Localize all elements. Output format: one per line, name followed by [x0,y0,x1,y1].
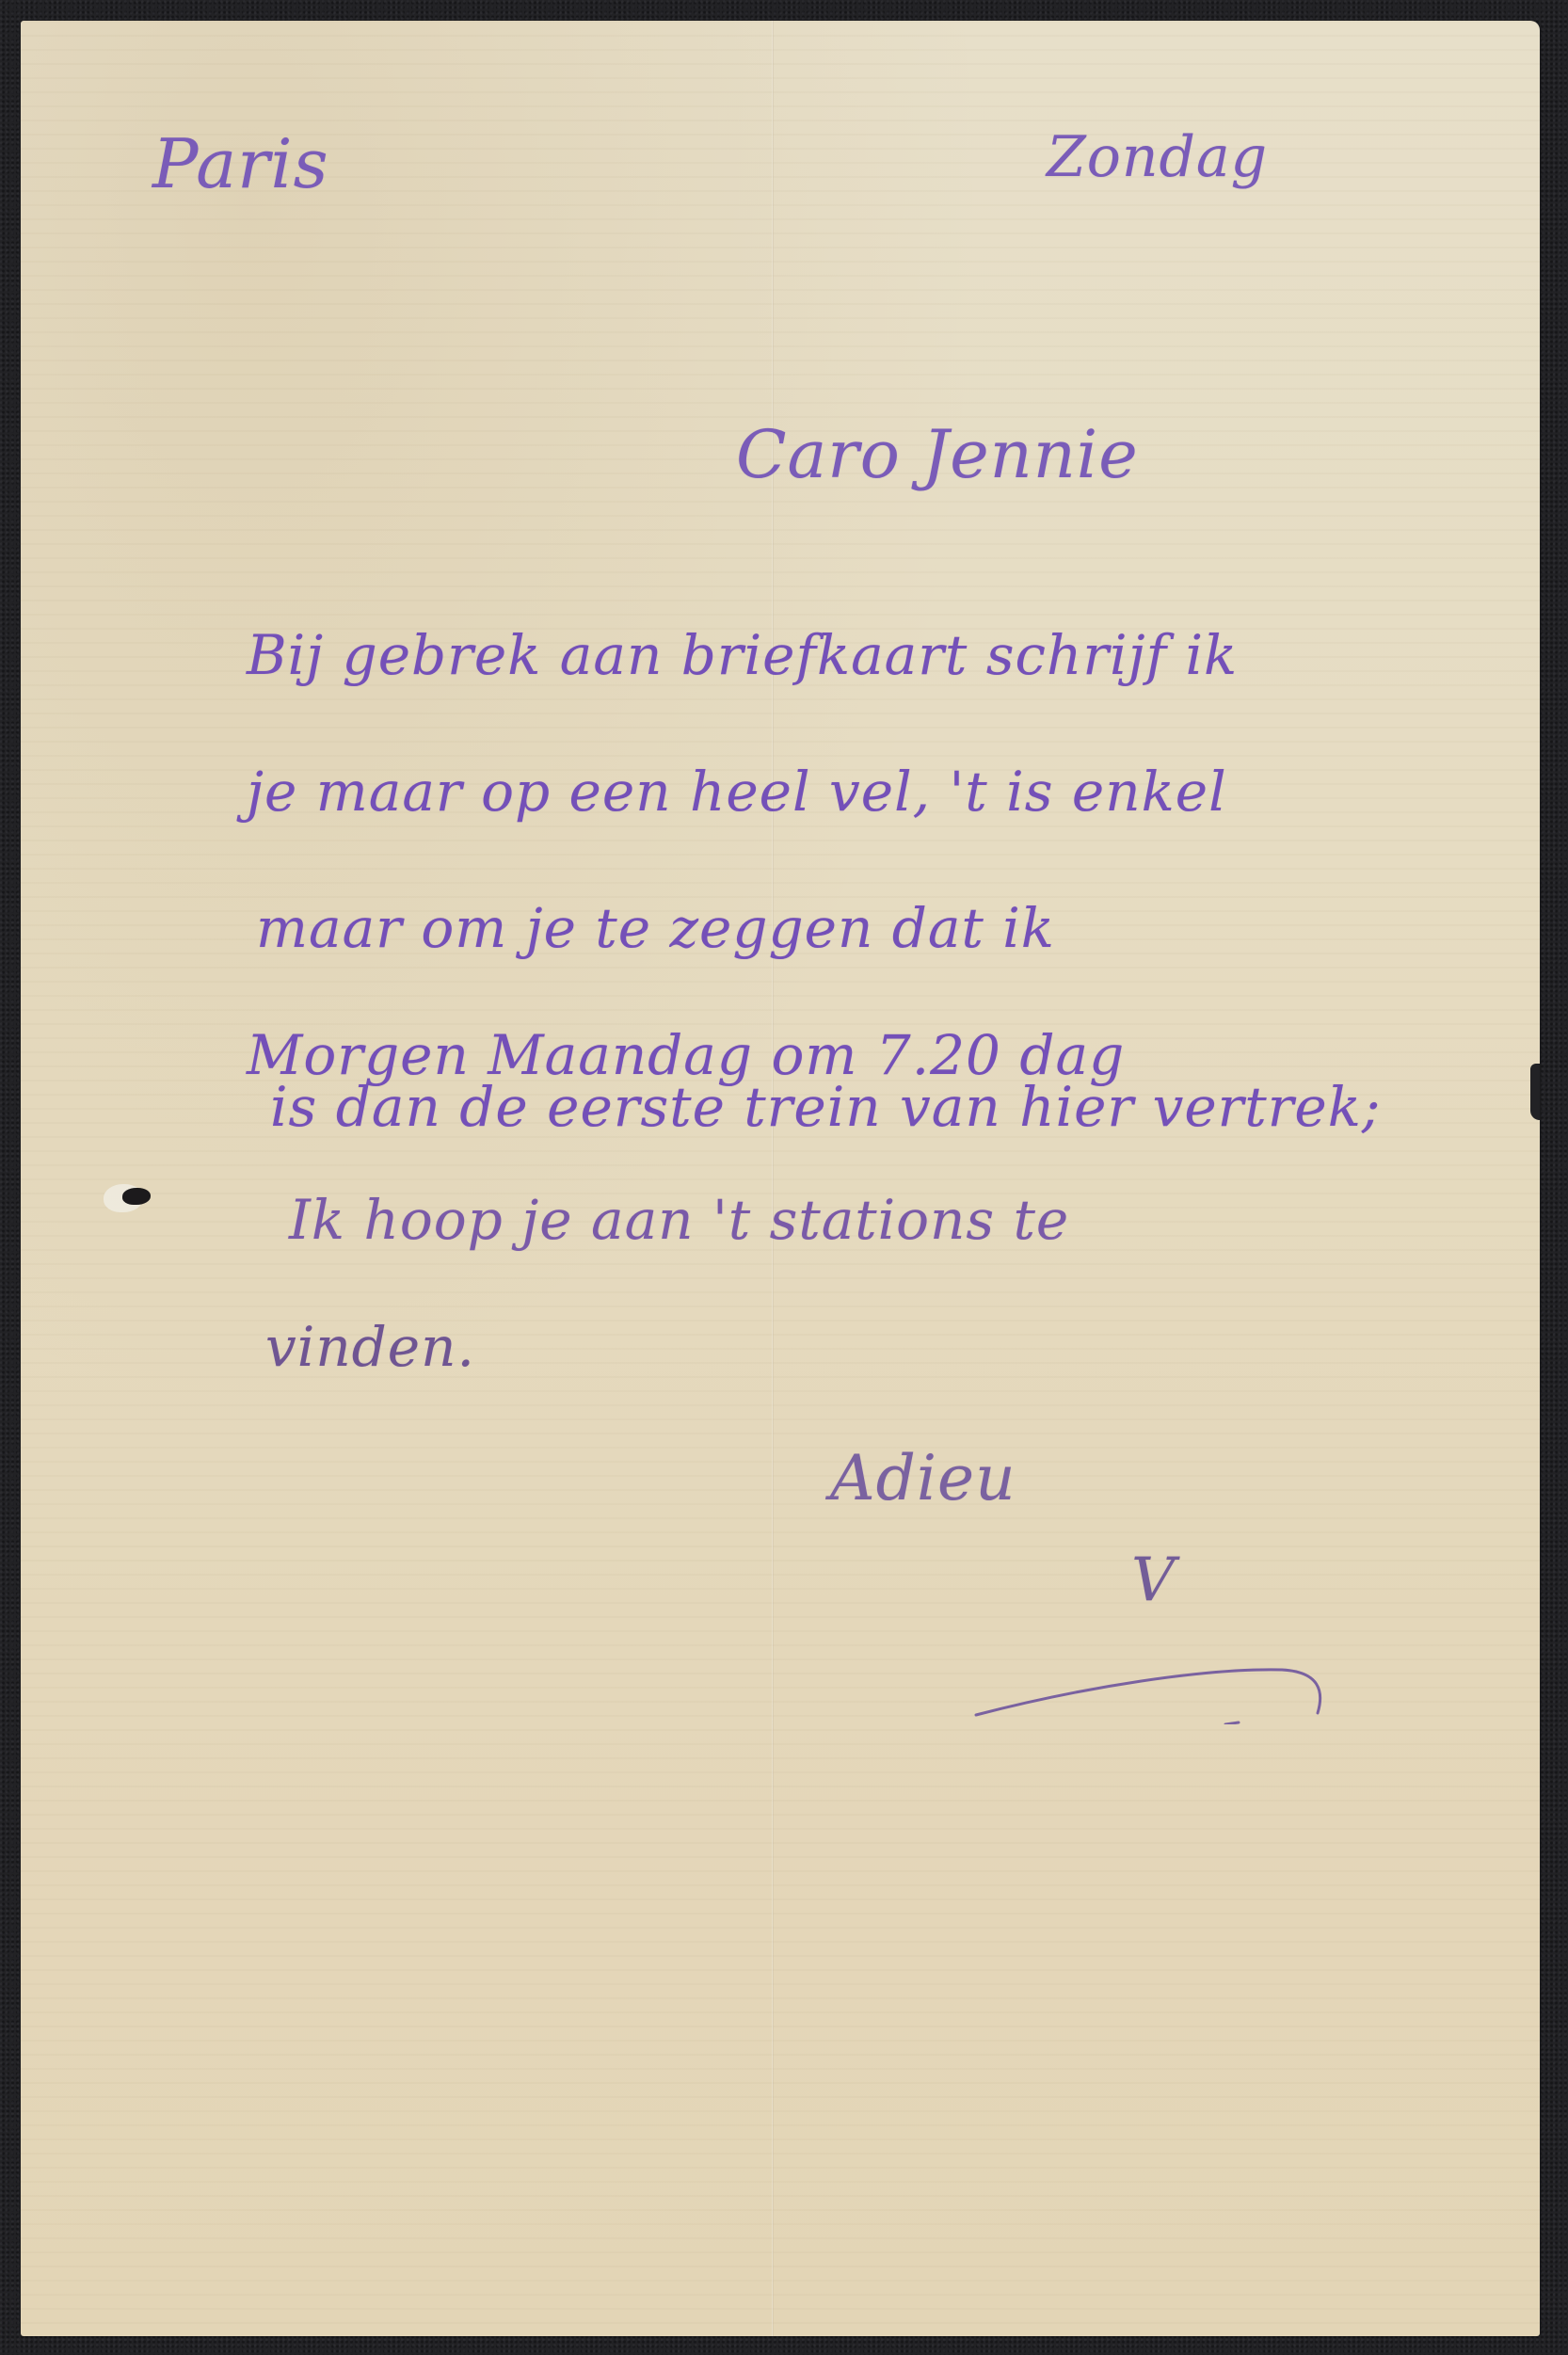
letter-place: Paris [152,124,329,203]
body-line: Ik hoop je aan 't stations te [289,1188,1069,1252]
body-line: vinden. [265,1315,475,1379]
paper-hole [122,1188,151,1205]
body-line: je maar op een heel vel, 't is enkel [247,760,1227,824]
letter-sheet: Paris Zondag Caro Jennie Bij gebrek aan … [21,21,1540,2336]
body-line: Bij gebrek aan briefkaart schrijf ik [247,623,1238,687]
signature: V [1131,1546,1176,1615]
letter-closing: Adieu [830,1442,1016,1514]
fold-crease [772,21,774,2336]
letter-date: Zondag [1047,124,1268,190]
signature-flourish-icon [971,1658,1329,1724]
body-line: is dan de eerste trein van hier vertrek; [270,1075,1381,1139]
letter-salutation: Caro Jennie [736,416,1139,493]
torn-edge [1530,1064,1540,1120]
body-line: maar om je te zeggen dat ik [256,896,1055,960]
